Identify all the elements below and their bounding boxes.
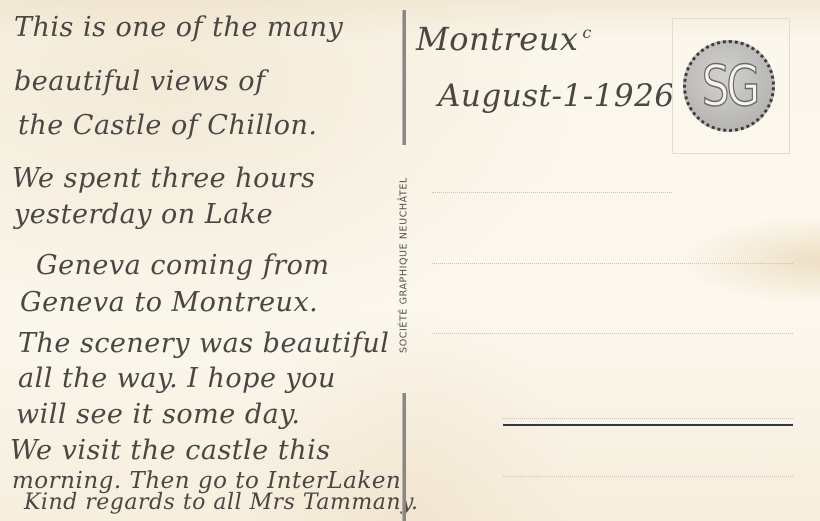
place-name: Montreux bbox=[416, 20, 578, 58]
address-line bbox=[503, 476, 793, 477]
message-line: We visit the castle this bbox=[10, 435, 331, 466]
message-line: Geneva coming from bbox=[36, 250, 329, 281]
sg-emblem-icon: SG bbox=[683, 40, 775, 132]
message-line: will see it some day. bbox=[16, 399, 300, 430]
message-line: the Castle of Chillon. bbox=[18, 110, 317, 141]
message-line: This is one of the many bbox=[14, 12, 343, 43]
place-suffix: c bbox=[582, 23, 591, 42]
publisher-imprint: SOCIÉTÉ GRAPHIQUE NEUCHÂTEL bbox=[399, 177, 410, 353]
address-line bbox=[432, 263, 793, 264]
place-text: Montreuxc bbox=[416, 20, 592, 58]
message-line: all the way. I hope you bbox=[18, 363, 336, 394]
message-line: We spent three hours bbox=[12, 163, 316, 194]
postcard-back: This is one of the many beautiful views … bbox=[0, 0, 820, 521]
center-divider-top bbox=[402, 10, 406, 145]
message-line: The scenery was beautiful bbox=[18, 328, 389, 359]
sg-emblem-text: SG bbox=[701, 54, 756, 119]
message-line: Geneva to Montreux. bbox=[20, 287, 318, 318]
message-line: beautiful views of bbox=[14, 66, 266, 97]
address-rule-thick bbox=[503, 424, 793, 426]
message-line: yesterday on Lake bbox=[14, 199, 273, 230]
address-line bbox=[432, 333, 793, 334]
message-line: Kind regards to all Mrs Tammany. bbox=[24, 490, 419, 515]
address-line bbox=[503, 418, 793, 419]
date-text: August-1-1926 bbox=[438, 78, 675, 114]
center-divider-bottom bbox=[402, 393, 406, 521]
address-line bbox=[432, 192, 672, 193]
